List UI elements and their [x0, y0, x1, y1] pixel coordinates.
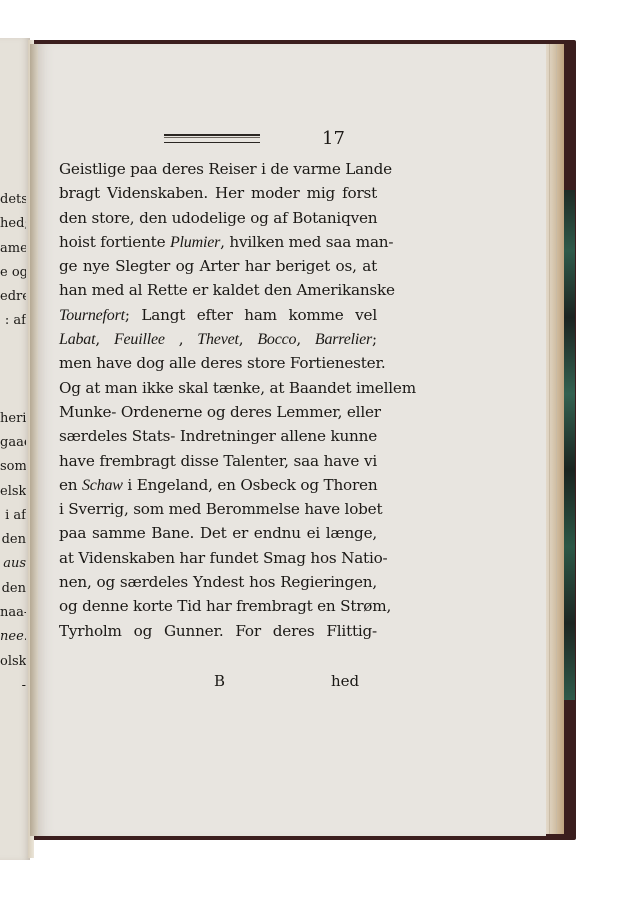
- left-blank-line: [0, 382, 26, 406]
- left-line: som: [0, 455, 26, 479]
- page-edge-line: [549, 44, 550, 834]
- signature-mark: B: [214, 672, 225, 690]
- page-number: 17: [322, 128, 345, 149]
- left-blank-line: [0, 334, 26, 358]
- left-line: naa-: [0, 601, 26, 625]
- text-line: Geistlige paa deres Reiser i de varme La…: [59, 157, 377, 181]
- text-line: Og at man ikke skal tænke, at Baandet im…: [59, 376, 377, 400]
- text-line: Munke- Ordenerne og deres Lemmer, eller: [59, 400, 377, 424]
- left-page: dets hed; ame; e og edre : af heri gaae …: [0, 38, 30, 860]
- left-line: aus: [0, 552, 26, 576]
- text-line: ge nye Slegter og Arter har beriget os, …: [59, 254, 377, 278]
- text-line: i Sverrig, som med Berommelse have lobet: [59, 497, 377, 521]
- text-line: og denne korte Tid har frembragt en Strø…: [59, 594, 377, 618]
- left-line: den: [0, 528, 26, 552]
- text-line: særdeles Stats- Indretninger allene kunn…: [59, 424, 377, 448]
- marbled-cover-edge: [563, 190, 575, 700]
- header-rule: [164, 134, 260, 143]
- open-book-photo: dets hed; ame; e og edre : af heri gaae …: [0, 0, 632, 900]
- text-line: Tournefort; Langt efter ham komme vel: [59, 303, 377, 327]
- left-line: hed;: [0, 212, 26, 236]
- text-line: hoist fortiente Plumier, hvilken med saa…: [59, 230, 377, 254]
- left-line: dets: [0, 188, 26, 212]
- left-line: e og: [0, 261, 26, 285]
- page-block-edge: [544, 44, 564, 834]
- left-line: : af: [0, 309, 26, 333]
- left-line: ame;: [0, 237, 26, 261]
- left-page-text: dets hed; ame; e og edre : af heri gaae …: [0, 188, 26, 698]
- text-line: Labat, Feuillee , Thevet, Bocco, Barreli…: [59, 327, 377, 351]
- text-line: han med al Rette er kaldet den Amerikans…: [59, 278, 377, 302]
- text-line: nen, og særdeles Yndest hos Regieringen,: [59, 570, 377, 594]
- left-line: elske: [0, 480, 26, 504]
- text-line: men have dog alle deres store Fortienest…: [59, 351, 377, 375]
- gutter-shadow: [30, 44, 38, 836]
- text-line: den store, den udodelige og af Botaniqve…: [59, 206, 377, 230]
- text-line: have frembragt disse Talenter, saa have …: [59, 449, 377, 473]
- page-edge-line: [556, 44, 557, 834]
- text-line: Tyrholm og Gunner. For deres Flittig-: [59, 619, 377, 643]
- text-line: en Schaw i Engeland, en Osbeck og Thoren: [59, 473, 377, 497]
- left-line: i af: [0, 504, 26, 528]
- left-line: heri: [0, 407, 26, 431]
- header-rule-inner: [164, 137, 260, 138]
- text-line: paa samme Bane. Det er endnu ei længe,: [59, 521, 377, 545]
- left-line: den: [0, 577, 26, 601]
- left-line: gaae: [0, 431, 26, 455]
- left-line: nee.: [0, 625, 26, 649]
- left-line: edre: [0, 285, 26, 309]
- text-line: at Videnskaben har fundet Smag hos Natio…: [59, 546, 377, 570]
- catchword: hed: [331, 672, 359, 690]
- left-line: -: [0, 674, 26, 698]
- text-line: bragt Videnskaben. Her moder mig forst: [59, 181, 377, 205]
- left-line: olske: [0, 650, 26, 674]
- left-blank-line: [0, 358, 26, 382]
- page-text-block: Geistlige paa deres Reiser i de varme La…: [59, 157, 377, 643]
